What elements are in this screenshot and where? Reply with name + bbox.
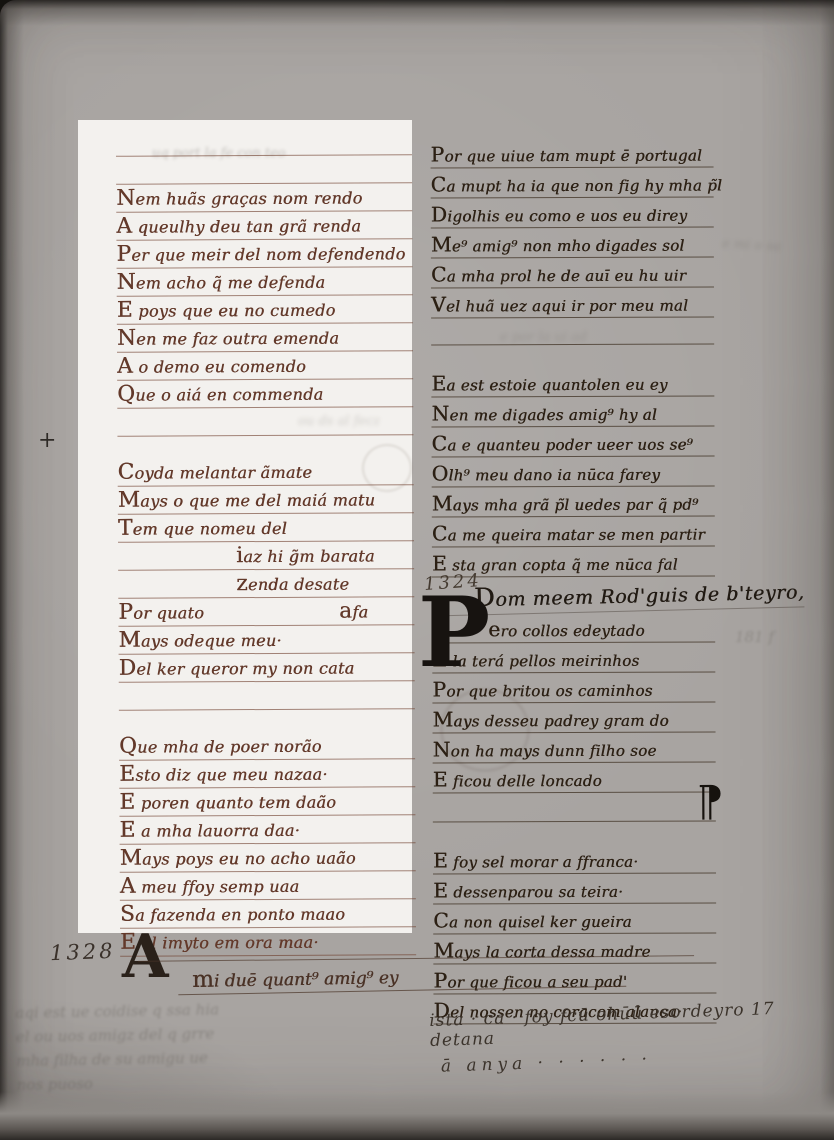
verse-line: E poys que eu no cumedo [117, 295, 413, 325]
verse-text: Nem huãs graças nom rendo [116, 184, 362, 211]
verse-line: Mays odeque meu· [118, 625, 414, 655]
stanza-gap [117, 435, 413, 459]
verse-text: Esto diz que meu nazaa· [119, 761, 328, 788]
showthrough-smudge: 181 f [735, 628, 774, 646]
stanza-gap [119, 709, 415, 733]
showthrough-text-block: aqi est ue coidise q ssa hia el ou uos a… [15, 995, 357, 1097]
verse-line: Ca non quisel ker gueira [433, 904, 716, 935]
verse-line: Nen me digades amig⁹ hy al [431, 397, 714, 428]
verse-text: Ca mha prol he de auī eu hu uir [431, 262, 686, 288]
verse-line: Que mha de poer norão [119, 731, 415, 761]
verse-text: Que mha de poer norão [119, 733, 322, 760]
verse-line: iaz hi g̃m barata [118, 541, 414, 571]
verse-text: Olh⁹ meu dano ia nūca farey [432, 461, 661, 487]
verse-line: Ca mha prol he de auī eu hu uir [431, 258, 714, 289]
verse-line: Del ker queror my non cata [119, 653, 415, 683]
verse-text: E dessenparou sa teira· [433, 878, 623, 904]
verse-text: E a mha lauorra daa· [119, 817, 300, 844]
verse-text: Ea est estoie quantolen eu ey [431, 371, 667, 397]
verse-text: Me⁹ amig⁹ non mho digades sol [431, 232, 685, 258]
verse-line: Mays poys eu no acho uaão [120, 843, 416, 873]
verse-line: E dessenparou sa teira· [433, 874, 716, 905]
verse-text: A queulhy deu tan grã renda [116, 212, 361, 239]
verse-line: Que o aiá en commenda [117, 379, 413, 409]
page-bottom-edge [0, 1092, 834, 1140]
verse-line: Coyda melantar ãmate [118, 457, 414, 487]
ruled-line [116, 127, 412, 157]
verse-text: Nem acho q̃ me defenda [117, 269, 326, 296]
verse-text: E foy sel morar a ffranca· [433, 848, 638, 874]
verse-text: Vel huã uez aqui ir por meu mal [431, 292, 688, 318]
verse-text: Coyda melantar ãmate [118, 459, 313, 486]
stanza-gap [431, 345, 714, 368]
verse-text: Mays mha grã p̃l uedes par q̃ pd⁹ [432, 491, 699, 517]
verse-text: Por quato [118, 599, 204, 625]
paragraph-mark-icon: ¶ [697, 776, 724, 825]
ruled-line [119, 681, 415, 711]
verse-line: Mays desseu padrey gram do [432, 703, 715, 734]
verse-line: Mays o que me del maiá matu [118, 485, 414, 515]
verse-text: zenda desate [118, 571, 349, 598]
verse-line: Nem huãs graças nom rendo [116, 183, 412, 213]
verse-text: Digolhis eu como e uos eu direy [431, 202, 688, 228]
verse-text: iaz hi g̃m barata [118, 542, 375, 569]
manuscript-page: uq port la fe con teo ou ds al fecz e mi… [0, 0, 834, 1140]
verse-text: Ca me queira matar se men partir [432, 521, 705, 547]
ruled-line [117, 407, 413, 437]
colocci-note: ista · ca · foy fcū ohūū esordeyro 17 de… [429, 997, 834, 1077]
verse-line: E a mha lauorra daa· [119, 815, 415, 845]
verse-text: afa [339, 598, 368, 624]
verse-text: Nen me digades amig⁹ hy al [431, 401, 657, 427]
stanza-gap [433, 822, 716, 845]
verse-text: Ca non quisel ker gueira [433, 908, 632, 934]
showthrough-smudge: e mi o sa [722, 236, 782, 254]
verse-line: Ea est estoie quantolen eu ey [431, 367, 714, 398]
initial-capital-p: P [418, 590, 490, 676]
verse-line: Per que meir del nom defendendo [116, 239, 412, 269]
verse-line: zenda desate [118, 569, 414, 599]
verse-text: Mays desseu padrey gram do [432, 707, 668, 733]
verse-line: Nem acho q̃ me defenda [117, 267, 413, 297]
margin-cross-mark: + [38, 428, 56, 453]
verse-line: Vel huã uez aqui ir por meu mal [431, 288, 714, 319]
verse-line: A o demo eu comendo [117, 351, 413, 381]
verse-line: Olh⁹ meu dano ia nūca farey [432, 457, 715, 488]
verse-text: Ca mupt ha ia que non fig hy mha p̃l [431, 171, 723, 197]
verse-line: Tem que nomeu del [118, 513, 414, 543]
verse-text: mi duē quant⁹ amig⁹ ey [178, 963, 399, 994]
verse-line: Me⁹ amig⁹ non mho digades sol [431, 228, 714, 259]
verse-line: E ficou delle loncado [433, 763, 716, 794]
verse-text: Mays o que me del maiá matu [118, 486, 376, 513]
verse-line: Digolhis eu como e uos eu direy [431, 198, 714, 229]
verse-line: Esto diz que meu nazaa· [119, 759, 415, 789]
verse-line: E foy sel morar a ffranca· [433, 844, 716, 875]
verse-text: Tem que nomeu del [118, 515, 287, 542]
verse-text: Non ha mays dunn filho soe [433, 737, 657, 763]
verse-line: A queulhy deu tan grã renda [116, 211, 412, 241]
ruled-line [431, 318, 714, 346]
verse-line: Mays mha grã p̃l uedes par q̃ pd⁹ [432, 487, 715, 518]
verse-text: Del ker queror my non cata [119, 655, 355, 682]
verse-text: A o demo eu comendo [117, 353, 306, 380]
verse-text: A meu ffoy semp uaa [120, 873, 300, 900]
verse-line: A meu ffoy semp uaa [120, 871, 416, 901]
verse-text: Por que uiue tam mupt ē portugal [430, 142, 702, 168]
verse-line: Ca mupt ha ia que non fig hy mha p̃l [431, 168, 714, 199]
ruled-line [116, 155, 412, 185]
verse-line: E poren quanto tem daão [119, 787, 415, 817]
margin-number-1328: 1328 [50, 939, 116, 965]
verse-text: Nen me faz outra emenda [117, 325, 339, 352]
verse-text: E poys que eu no cumedo [117, 297, 336, 324]
ruled-line: ¶ [433, 793, 716, 823]
left-text-column: Nem huãs graças nom rendoA queulhy deu t… [116, 127, 416, 957]
verse-text: Per que meir del nom defendendo [116, 240, 405, 268]
verse-text: Ca e quanteu poder ueer uos se⁹ [431, 431, 693, 457]
verse-line: Por que uiue tam mupt ē portugal [430, 138, 713, 169]
verse-line: Non ha mays dunn filho soe [433, 733, 716, 764]
verse-line: Ca me queira matar se men partir [432, 517, 715, 548]
verse-text: Que o aiá en commenda [117, 381, 323, 408]
verse-text: Mays odeque meu· [118, 627, 281, 654]
verse-line: Ca e quanteu poder ueer uos se⁹ [431, 427, 714, 458]
verse-text: E poren quanto tem daão [119, 789, 336, 816]
verse-line: Por quatoafa [118, 597, 414, 627]
verse-text: Mays poys eu no acho uaão [120, 845, 356, 872]
verse-text: E ficou delle loncado [433, 767, 602, 793]
verse-line: Nen me faz outra emenda [117, 323, 413, 353]
